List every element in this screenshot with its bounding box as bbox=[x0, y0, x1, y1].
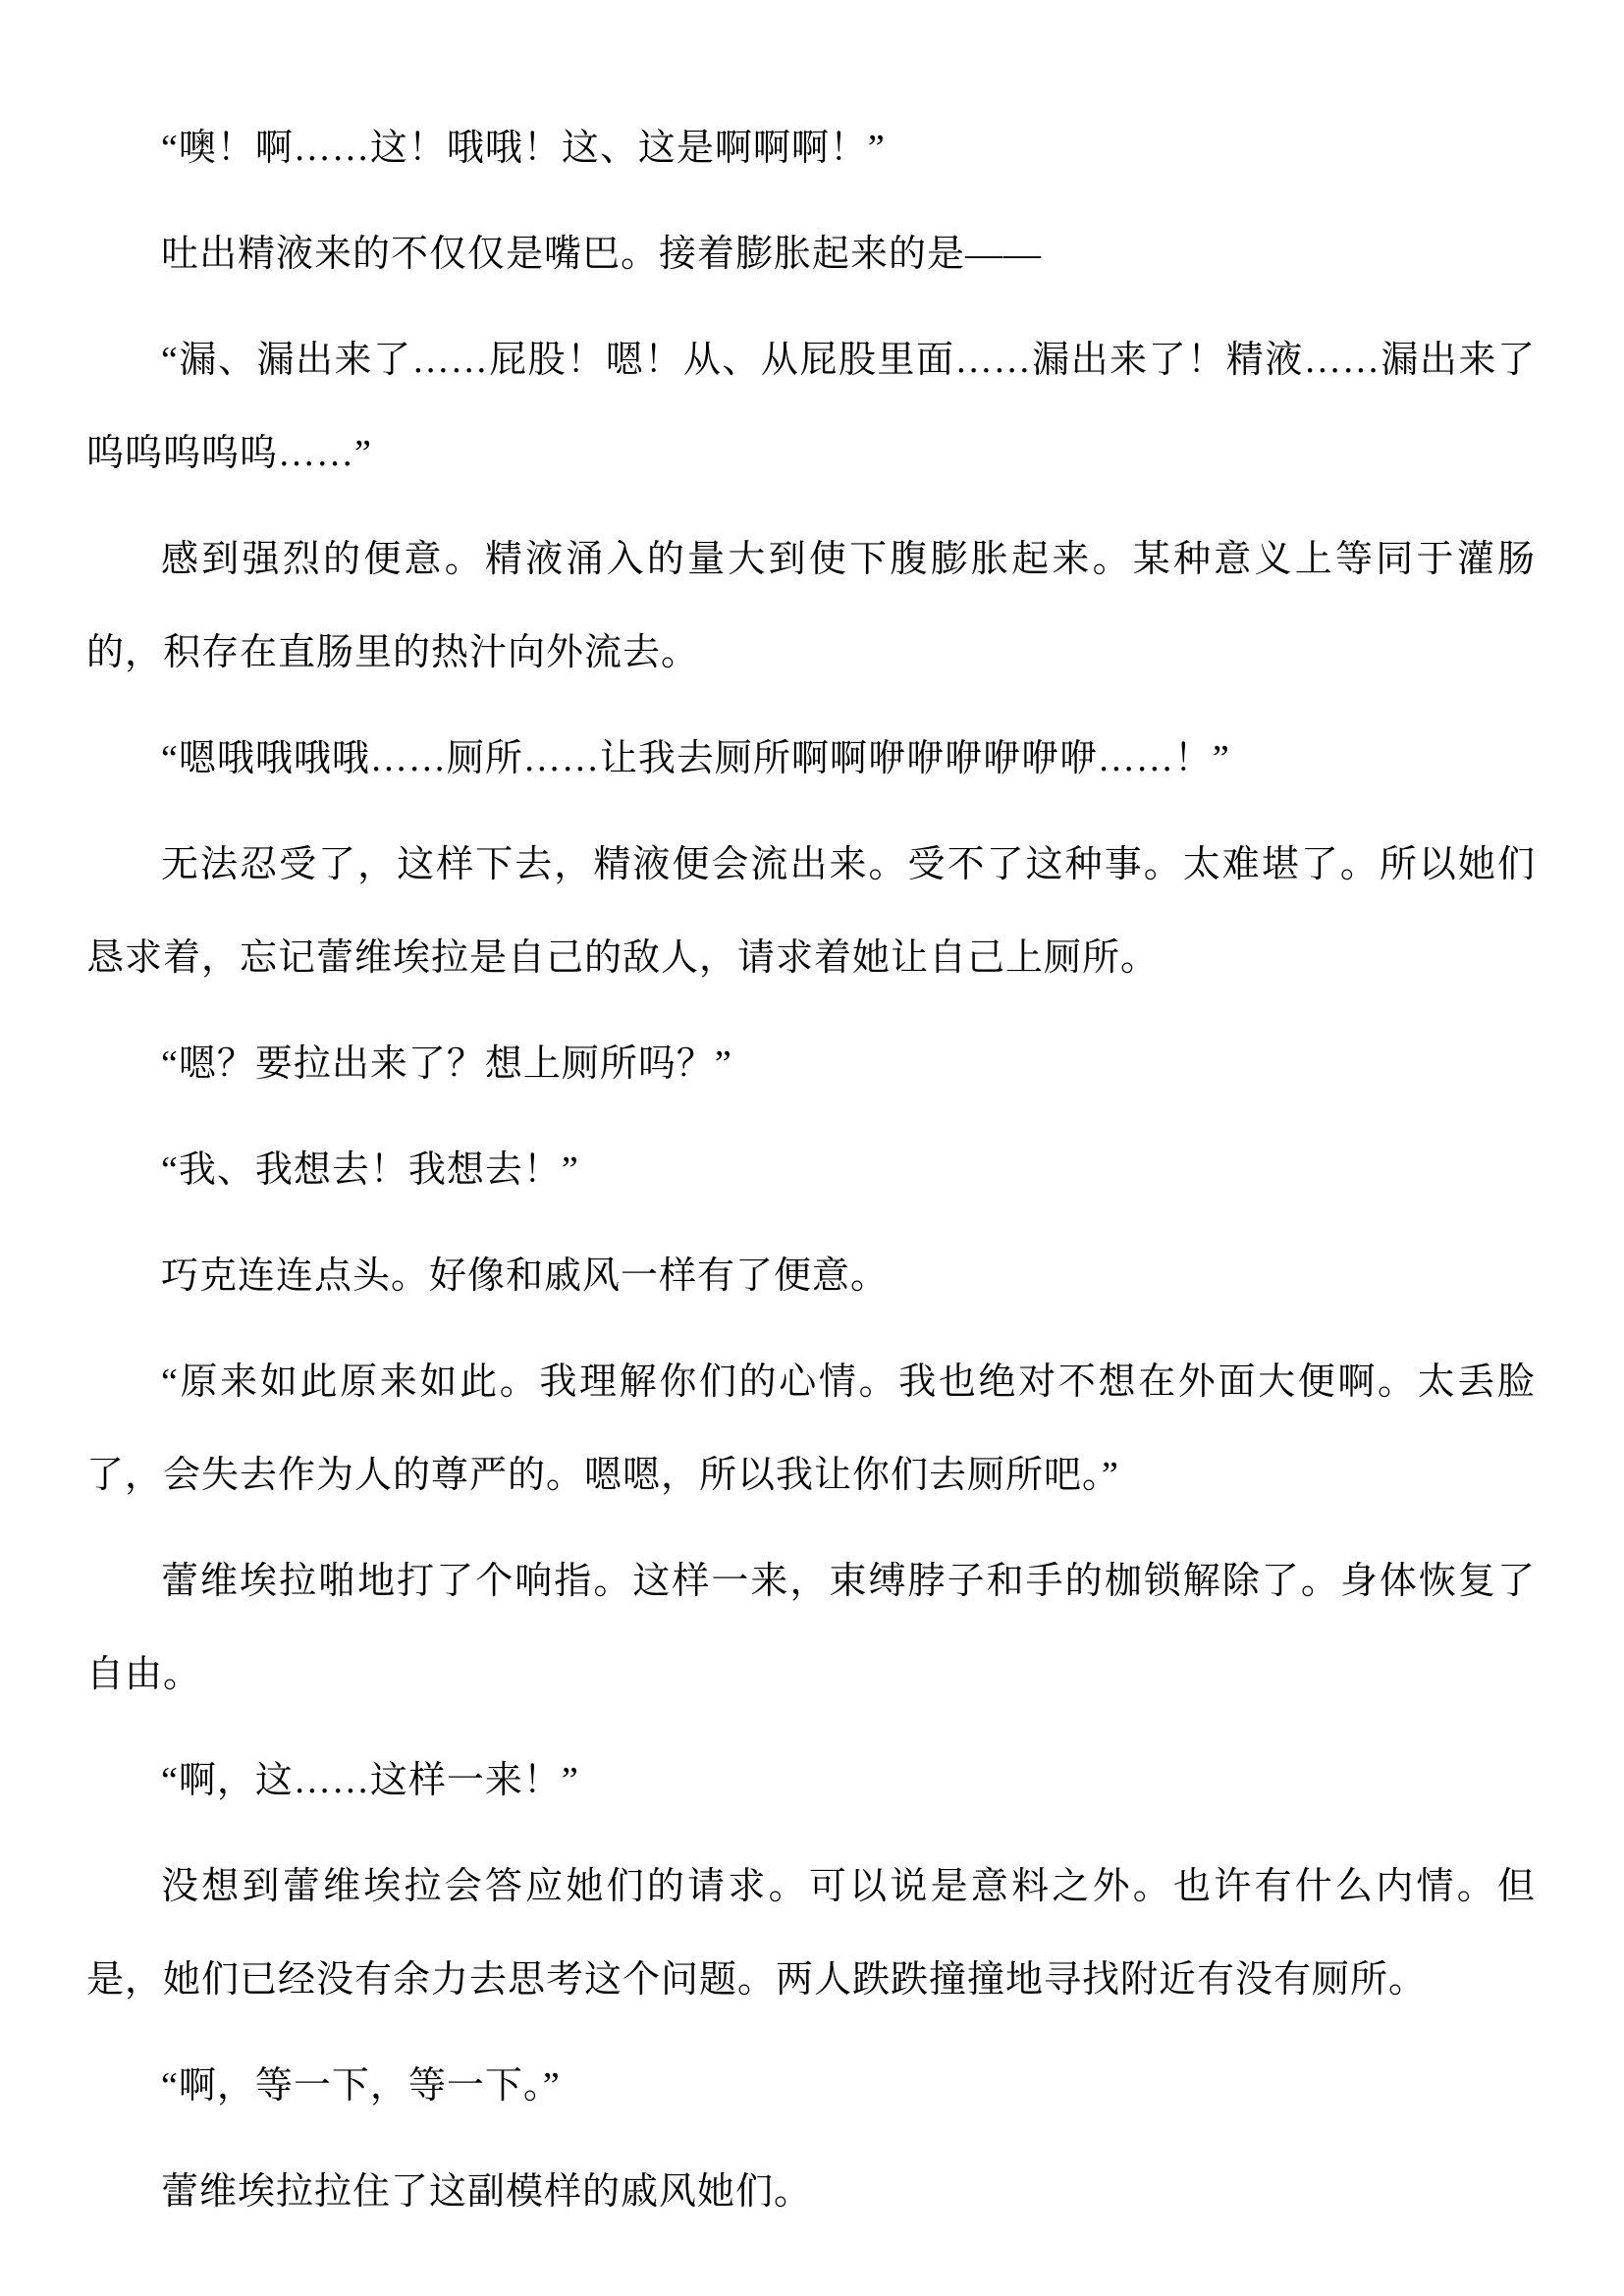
paragraph: “噢！啊……这！哦哦！这、这是啊啊啊！” bbox=[86, 102, 1536, 195]
paragraph: 巧克连连点头。好像和戚风一样有了便意。 bbox=[86, 1230, 1536, 1323]
paragraph: 无法忍受了，这样下去，精液便会流出来。受不了这种事。太难堪了。所以她们恳求着，忘… bbox=[86, 819, 1536, 1005]
paragraph: “漏、漏出来了……屁股！嗯！从、从屁股里面……漏出来了！精液……漏出来了呜呜呜呜… bbox=[86, 314, 1536, 501]
paragraph: “啊，这……这样一来！” bbox=[86, 1735, 1536, 1828]
paragraph: 蕾维埃拉啪地打了个响指。这样一来，束缚脖子和手的枷锁解除了。身体恢复了自由。 bbox=[86, 1535, 1536, 1722]
document-page: “噢！啊……这！哦哦！这、这是啊啊啊！” 吐出精液来的不仅仅是嘴巴。接着膨胀起来… bbox=[0, 0, 1624, 2296]
paragraph: “原来如此原来如此。我理解你们的心情。我也绝对不想在外面大便啊。太丢脸了，会失去… bbox=[86, 1336, 1536, 1522]
paragraph: 蕾维埃拉拉住了这副模样的戚风她们。 bbox=[86, 2146, 1536, 2239]
paragraph: “我、我想去！我想去！” bbox=[86, 1124, 1536, 1217]
paragraph: 感到强烈的便意。精液涌入的量大到使下腹膨胀起来。某种意义上等同于灌肠的，积存在直… bbox=[86, 513, 1536, 700]
paragraph: 吐出精液来的不仅仅是嘴巴。接着膨胀起来的是—— bbox=[86, 208, 1536, 301]
paragraph: “嗯？要拉出来了？想上厕所吗？” bbox=[86, 1018, 1536, 1111]
paragraph: “嗯哦哦哦哦……厕所……让我去厕所啊啊咿咿咿咿咿咿……！” bbox=[86, 713, 1536, 806]
paragraph: 没想到蕾维埃拉会答应她们的请求。可以说是意料之外。也许有什么内情。但是，她们已经… bbox=[86, 1841, 1536, 2027]
paragraph: “啊，等一下，等一下。” bbox=[86, 2040, 1536, 2133]
